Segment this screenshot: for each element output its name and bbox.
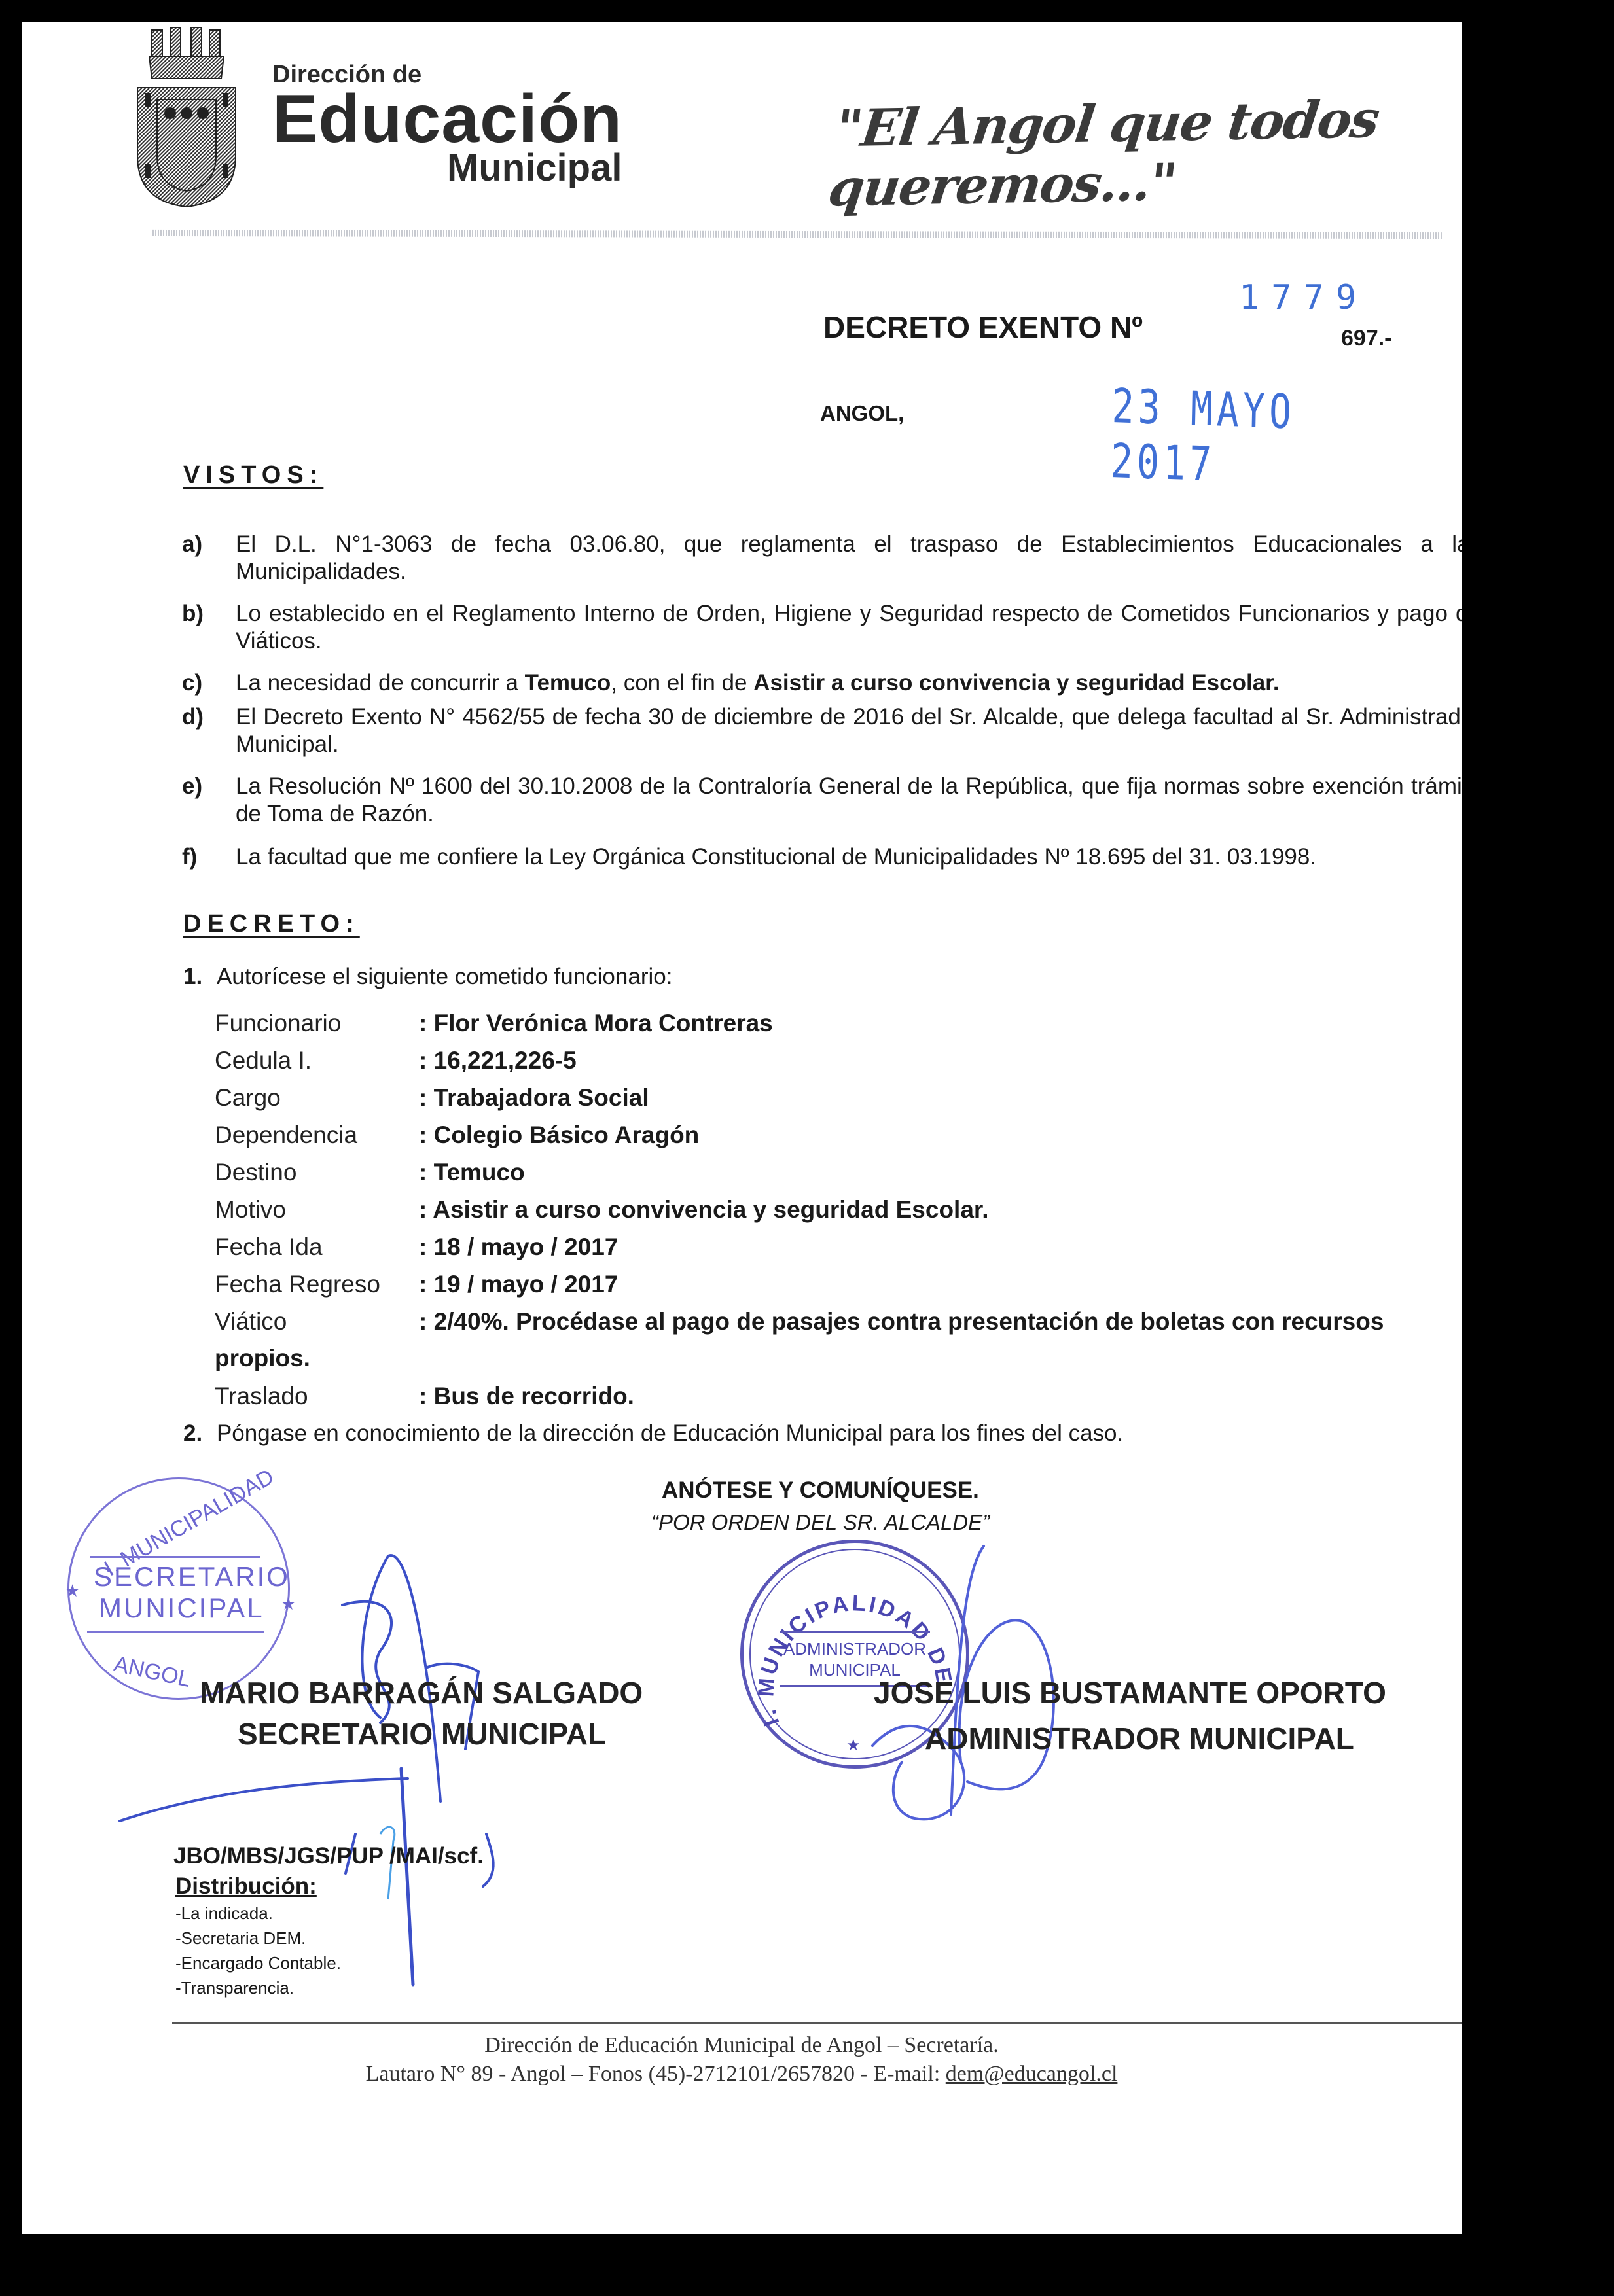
footer-address: Lautaro N° 89 - Angol – Fonos (45)-27121…	[366, 2062, 946, 2086]
signer-left-name: MARIO BARRAGÁN SALGADO	[200, 1675, 643, 1710]
reference-initials: JBO/MBS/JGS/PUP /MAI/scf.	[173, 1843, 484, 1869]
distribution-item: -Transparencia.	[175, 1978, 294, 1998]
handwritten-signatures	[22, 22, 1462, 2234]
signer-left-role: SECRETARIO MUNICIPAL	[238, 1716, 606, 1752]
distribution-item: -La indicada.	[175, 1903, 273, 1924]
distribution-item: -Secretaria DEM.	[175, 1928, 306, 1949]
document-page: Dirección de Educación Municipal "El Ang…	[22, 22, 1462, 2234]
footer-email-link[interactable]: dem@educangol.cl	[946, 2062, 1118, 2086]
signer-right-name: JOSE LUIS BUSTAMANTE OPORTO	[874, 1675, 1386, 1710]
distribution-item: -Encargado Contable.	[175, 1953, 341, 1973]
footer-contact: Lautaro N° 89 - Angol – Fonos (45)-27121…	[22, 2062, 1462, 2087]
footer-divider	[172, 2022, 1462, 2024]
distribution-heading: Distribución:	[175, 1873, 317, 1899]
footer-office: Dirección de Educación Municipal de Ango…	[22, 2033, 1462, 2058]
signer-right-role: ADMINISTRADOR MUNICIPAL	[925, 1721, 1354, 1756]
